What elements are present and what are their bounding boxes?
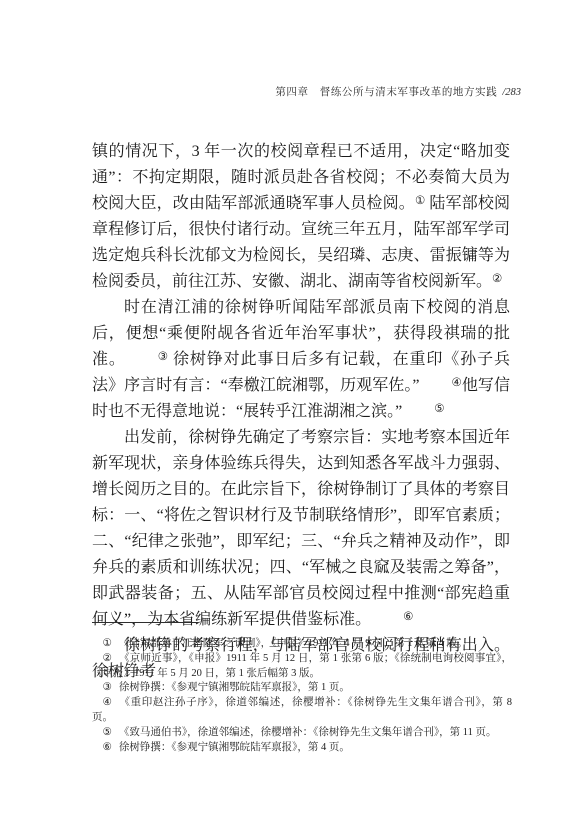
footnote-number: ①: [103, 638, 112, 649]
footnote-number: ⑥: [103, 742, 112, 753]
footnote-text: 《重印赵注孙子序》，徐道邻编述，徐樱增补：《徐树铮先生文集年谱合刊》，第 8 页…: [92, 697, 512, 723]
paragraph-text: 徐树铮对此事日后多有记载，在重印《孙子兵法》序言时有言：“奉檄江皖湘鄂，历观军佐…: [92, 351, 510, 394]
footnote-item: ②《京师近事》，《申报》1911 年 5 月 12 日，第 1 张第 6 版；《…: [92, 652, 512, 682]
footnote-list: ①《陆军部对于江南陆军之训词》，《申报》1911 年 4 月 9 日，第 1 张…: [92, 637, 512, 755]
running-head: 第四章 督练公所与清末军事改革的地方实践/283: [275, 84, 521, 99]
footnote-text: 《陆军部对于江南陆军之训词》，《申报》1911 年 4 月 9 日，第 1 张第…: [119, 638, 468, 649]
book-page: 第四章 督练公所与清末军事改革的地方实践/283 镇的情况下，3 年一次的校阅章…: [0, 0, 567, 822]
footnote-number: ④: [103, 697, 113, 708]
page-number: /283: [502, 87, 521, 98]
footnote-number: ②: [103, 653, 113, 664]
footnote-item: ⑤《致马通伯书》，徐道邻编述，徐樱增补：《徐树铮先生文集年谱合刊》，第 11 页…: [92, 726, 512, 741]
chapter-title: 第四章 督练公所与清末军事改革的地方实践: [275, 87, 497, 98]
footnote-number: ③: [103, 682, 112, 693]
footnote-number: ⑤: [103, 727, 112, 738]
footnote-item: ④《重印赵注孙子序》，徐道邻编述，徐樱增补：《徐树铮先生文集年谱合刊》，第 8 …: [92, 696, 512, 726]
footnote-item: ③徐树铮撰：《参观宁镇湘鄂皖陆军禀报》，第 1 页。: [92, 681, 512, 696]
footnote-item: ⑥徐树铮撰：《参观宁镇湘鄂皖陆军禀报》，第 4 页。: [92, 741, 512, 756]
paragraph: 出发前，徐树铮先确定了考察宗旨：实地考察本国近年新军现状，亲身体验练兵得失，达到…: [92, 425, 510, 633]
paragraph: 镇的情况下，3 年一次的校阅章程已不适用，决定“略加变通”：不拘定期限，随时派员…: [92, 139, 510, 295]
paragraph: 时在清江浦的徐树铮听闻陆军部派员南下校阅的消息后，便想“乘便附觇各省近年治军事状…: [92, 295, 510, 425]
footnote-divider: [92, 622, 198, 623]
footnote-text: 徐树铮撰：《参观宁镇湘鄂皖陆军禀报》，第 4 页。: [119, 742, 350, 753]
body-paragraphs: 镇的情况下，3 年一次的校阅章程已不适用，决定“略加变通”：不拘定期限，随时派员…: [92, 139, 510, 685]
footnote-item: ①《陆军部对于江南陆军之训词》，《申报》1911 年 4 月 9 日，第 1 张…: [92, 637, 512, 652]
footnote-text: 徐树铮撰：《参观宁镇湘鄂皖陆军禀报》，第 1 页。: [119, 682, 350, 693]
footnote-text: 《京师近事》，《申报》1911 年 5 月 12 日，第 1 张第 6 版；《徐…: [92, 653, 512, 679]
footnote-text: 《致马通伯书》，徐道邻编述，徐樱增补：《徐树铮先生文集年谱合刊》，第 11 页。: [119, 727, 497, 738]
paragraph-text: 出发前，徐树铮先确定了考察宗旨：实地考察本国近年新军现状，亲身体验练兵得失，达到…: [92, 429, 510, 628]
